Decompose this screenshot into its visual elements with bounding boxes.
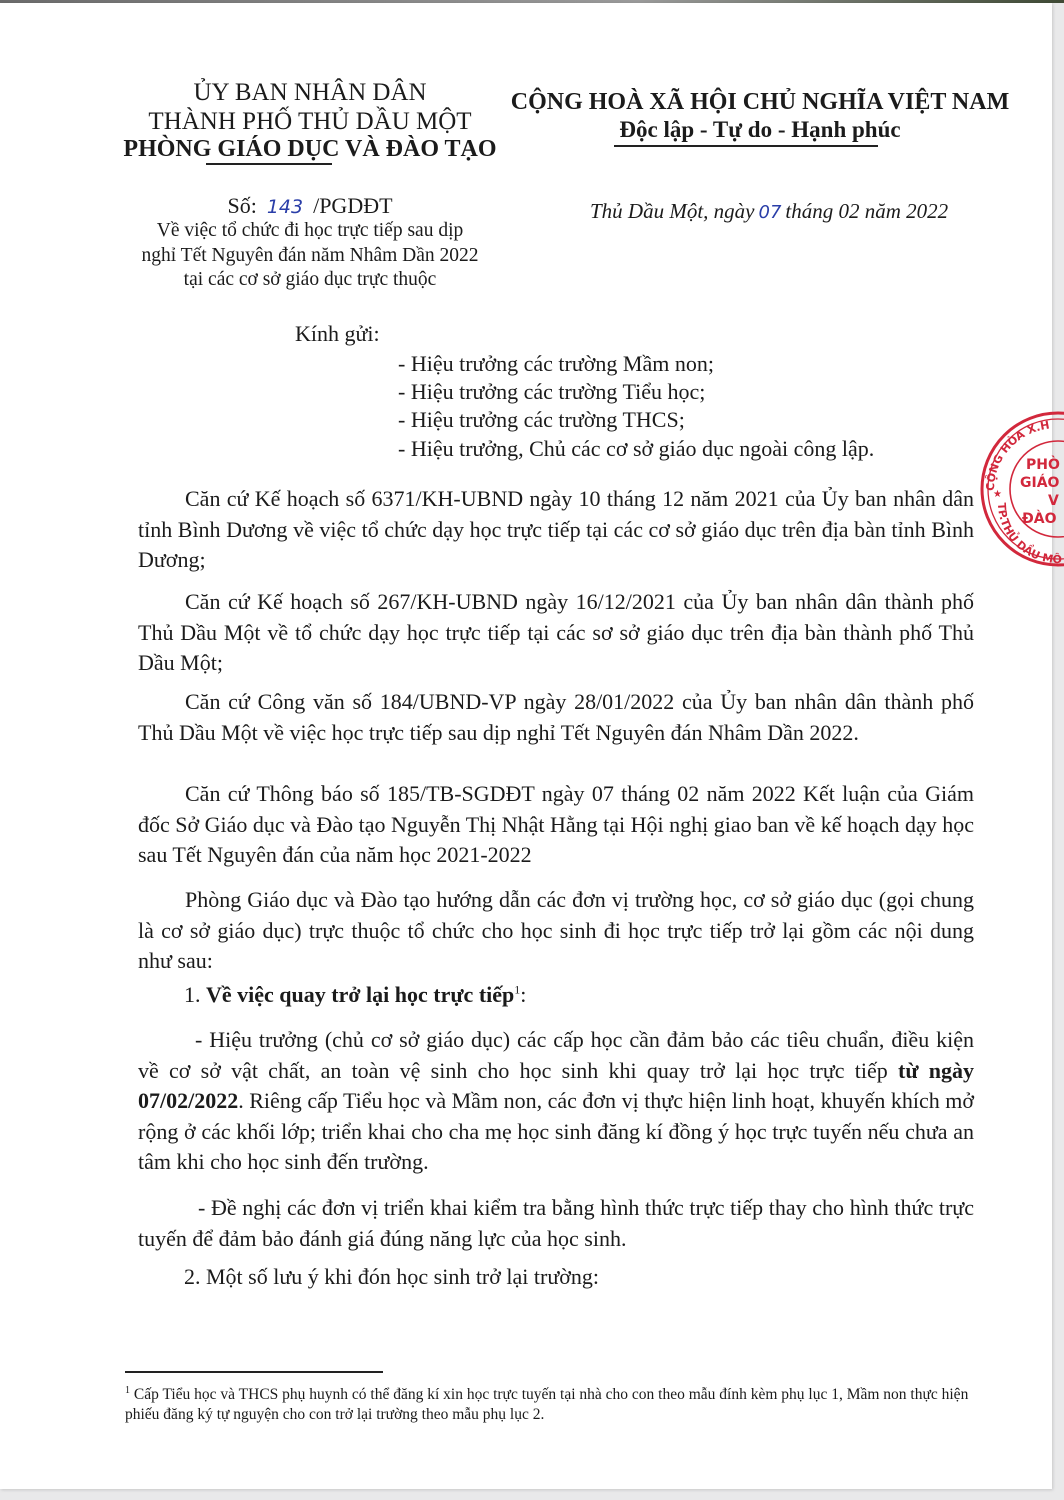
date-day-handwritten: 07: [755, 202, 786, 223]
p6-end: . Riêng cấp Tiểu học và Mầm non, các đơn…: [138, 1088, 974, 1174]
document-number: Số:143/PGDĐT: [100, 193, 520, 219]
section-2-heading: 2. Một số lưu ý khi đón học sinh trở lại…: [184, 1264, 599, 1290]
number-suffix: /PGDĐT: [313, 193, 392, 218]
paragraph-legal-basis-1: Căn cứ Kế hoạch số 6371/KH-UBND ngày 10 …: [138, 484, 974, 576]
svg-text:PHÒ: PHÒ: [1026, 455, 1060, 473]
paragraph-legal-basis-3: Căn cứ Công văn số 184/UBND-VP ngày 28/0…: [138, 687, 974, 748]
section-1-colon: :: [520, 982, 526, 1007]
recipient-item: - Hiệu trưởng các trường Mầm non;: [398, 351, 714, 377]
paragraph-legal-basis-4: Căn cứ Thông báo số 185/TB-SGDĐT ngày 07…: [138, 779, 974, 871]
footnote-separator: [125, 1371, 383, 1373]
date-suffix: tháng 02 năm 2022: [785, 199, 948, 223]
subject-line: tại các cơ sở giáo dục trực thuộc: [100, 268, 520, 293]
national-title: CỘNG HOÀ XÃ HỘI CHỦ NGHĨA VIỆT NAM: [500, 89, 1020, 116]
paragraph-legal-basis-2: Căn cứ Kế hoạch số 267/KH-UBND ngày 16/1…: [138, 587, 974, 679]
paragraph-guidance-intro: Phòng Giáo dục và Đào tạo hướng dẫn các …: [138, 885, 974, 977]
svg-text:V: V: [1048, 493, 1059, 509]
footnote-text: Cấp Tiểu học và THCS phụ huynh có thể đă…: [125, 1386, 968, 1423]
issuer-underline: [206, 163, 332, 165]
paragraph-section-1-a: - Hiệu trưởng (chủ cơ sở giáo dục) các c…: [138, 1025, 974, 1178]
document-page: ỦY BAN NHÂN DÂN THÀNH PHỐ THỦ DẦU MỘT PH…: [0, 3, 1052, 1489]
recipient-item: - Hiệu trưởng các trường THCS;: [398, 407, 685, 433]
paragraph-section-1-b: - Đề nghị các đơn vị triển khai kiểm tra…: [138, 1193, 974, 1254]
section-1-title: Về việc quay trở lại học trực tiếp: [206, 982, 514, 1007]
issuer-line-2: THÀNH PHỐ THỦ DẦU MỘT: [100, 108, 520, 136]
number-prefix: Số:: [227, 193, 256, 218]
footnote: 1 Cấp Tiểu học và THCS phụ huynh có thể …: [125, 1381, 975, 1425]
p6-start: - Hiệu trưởng (chủ cơ sở giáo dục) các c…: [138, 1027, 974, 1083]
recipient-item: - Hiệu trưởng, Chủ các cơ sở giáo dục ng…: [398, 436, 874, 462]
svg-text:ĐÀO: ĐÀO: [1022, 510, 1057, 527]
official-seal-icon: CỘNG HÒA X.H TP.THỦ DẦU MỘ ★ PHÒ GIÁO V …: [976, 405, 1064, 573]
subject-line: Về việc tổ chức đi học trực tiếp sau dịp: [100, 219, 520, 244]
issuer-line-1: ỦY BAN NHÂN DÂN: [100, 79, 520, 107]
issuer-line-3: PHÒNG GIÁO DỤC VÀ ĐÀO TẠO: [100, 136, 520, 163]
document-subject: Về việc tổ chức đi học trực tiếp sau dịp…: [100, 219, 520, 293]
date-prefix: Thủ Dầu Một, ngày: [590, 199, 755, 223]
section-1-heading: 1. Về việc quay trở lại học trực tiếp1:: [184, 982, 526, 1008]
number-handwritten: 143: [257, 196, 313, 218]
national-motto: Độc lập - Tự do - Hạnh phúc: [500, 117, 1020, 143]
svg-text:★: ★: [993, 489, 1002, 500]
subject-line: nghỉ Tết Nguyên đán năm Nhâm Dần 2022: [100, 244, 520, 269]
svg-text:GIÁO: GIÁO: [1020, 474, 1060, 491]
document-date: Thủ Dầu Một, ngày07tháng 02 năm 2022: [590, 199, 948, 224]
section-1-number: 1.: [184, 982, 201, 1007]
recipients-label: Kính gửi:: [295, 321, 380, 347]
recipient-item: - Hiệu trưởng các trường Tiểu học;: [398, 379, 705, 405]
footnote-marker: 1: [125, 1385, 130, 1396]
motto-underline: [614, 145, 878, 147]
